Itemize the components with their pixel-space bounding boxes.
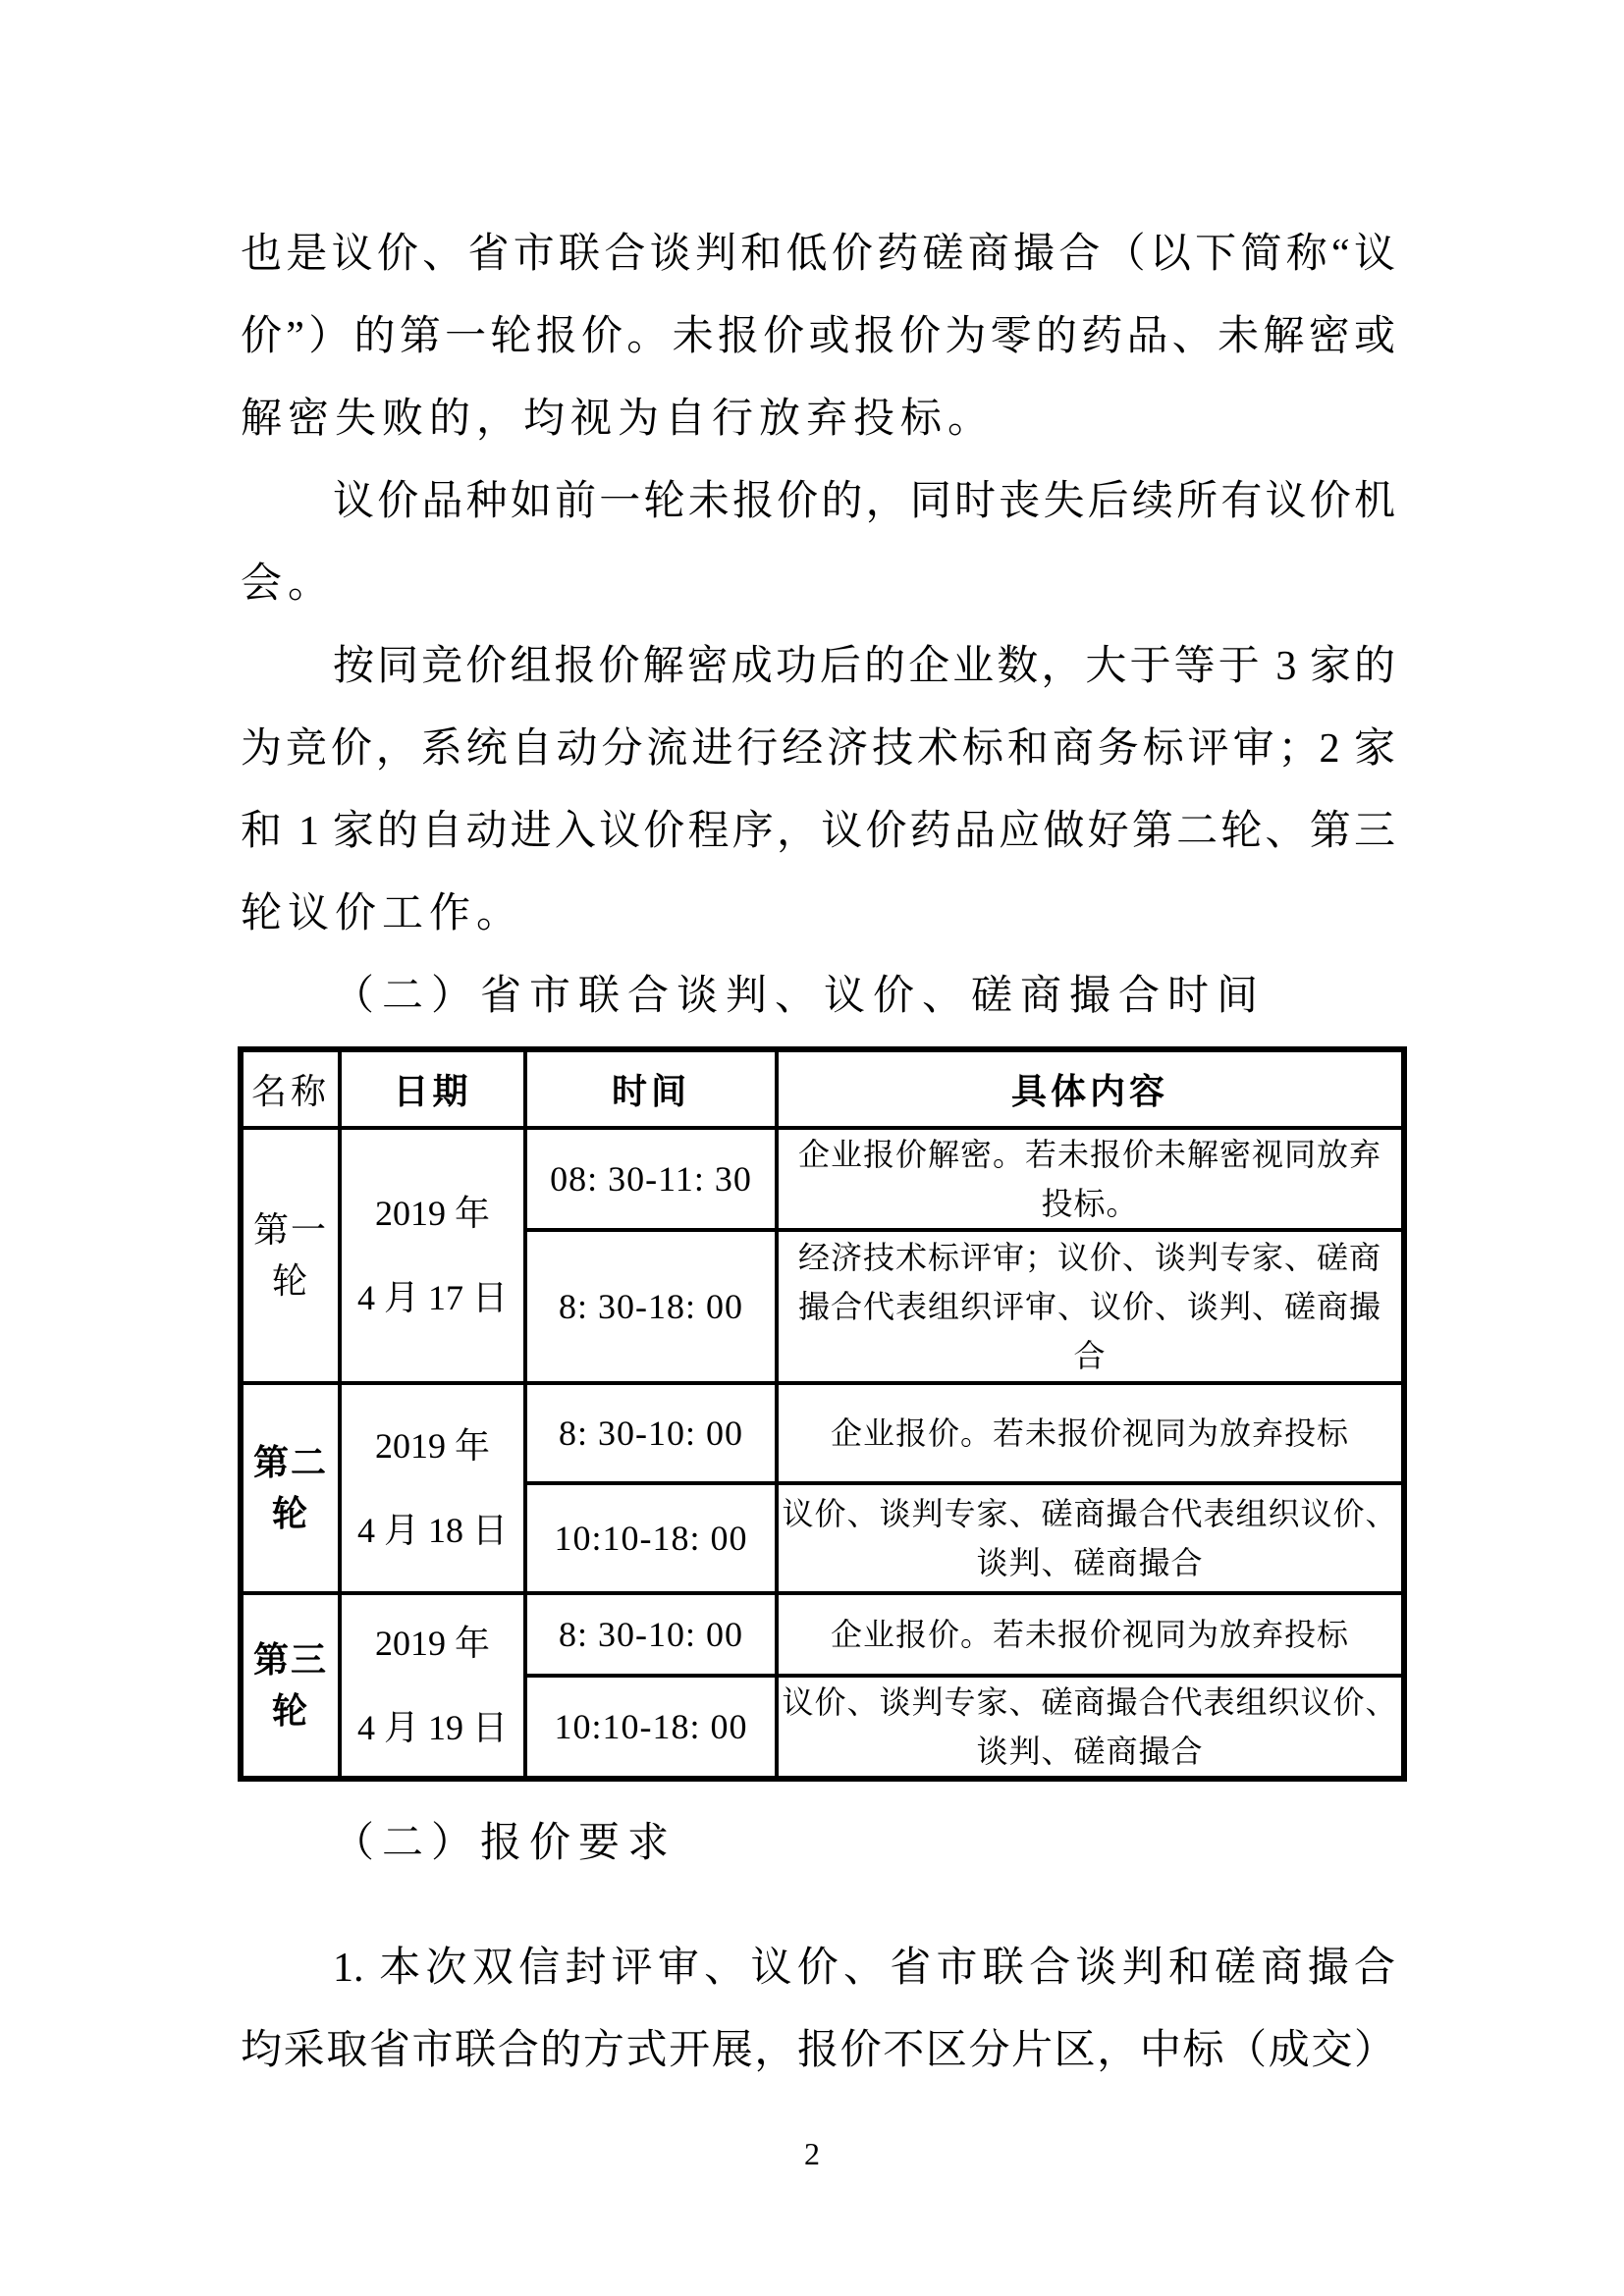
table-row-round1-slot1: 第一 轮 2019 年 4 月 17 日 08: 30-11: 30 企业报价解… — [241, 1128, 1404, 1230]
round1-slot1-content-line2: 投标。 — [779, 1179, 1401, 1228]
table-row-round3-slot1: 第三 轮 2019 年 4 月 19 日 8: 30-10: 00 企业报价。若… — [241, 1593, 1404, 1676]
table-header-row: 名称 日期 时间 具体内容 — [241, 1049, 1404, 1128]
round3-date-day: 4 月 19 日 — [342, 1685, 523, 1770]
paragraph-4-line-1: 1. 本次双信封评审、议价、省市联合谈判和磋商撮合 — [241, 1927, 1395, 2009]
round3-slot2-content: 议价、谈判专家、磋商撮合代表组织议价、 谈判、磋商撮合 — [777, 1676, 1404, 1779]
round1-name-cell: 第一 轮 — [241, 1128, 340, 1383]
paragraph-2-line-2: 会。 — [241, 543, 1395, 625]
paragraph-1-line-1: 也是议价、省市联合谈判和低价药磋商撮合（以下简称“议 — [241, 213, 1395, 295]
paragraph-3-line-4: 轮议价工作。 — [241, 873, 1395, 955]
round1-slot1-time: 08: 30-11: 30 — [525, 1128, 777, 1230]
round1-slot2-content-line2: 撮合代表组织评审、议价、谈判、磋商撮 — [779, 1282, 1401, 1331]
paragraph-1-line-2: 价”）的第一轮报价。未报价或报价为零的药品、未解密或 — [241, 295, 1395, 378]
col-header-content: 具体内容 — [777, 1049, 1404, 1128]
round2-name-cell: 第二 轮 — [241, 1383, 340, 1593]
body-text-block: 也是议价、省市联合谈判和低价药磋商撮合（以下简称“议 价”）的第一轮报价。未报价… — [241, 213, 1395, 1038]
round2-name-line1: 第二 — [244, 1437, 338, 1488]
page-number: 2 — [0, 2132, 1624, 2175]
round3-slot1-time: 8: 30-10: 00 — [525, 1593, 777, 1676]
round1-date-day: 4 月 17 日 — [342, 1255, 523, 1340]
round3-slot2-content-line1: 议价、谈判专家、磋商撮合代表组织议价、 — [779, 1678, 1401, 1727]
round3-date-year: 2019 年 — [342, 1601, 523, 1685]
round2-slot1-content: 企业报价。若未报价视同为放弃投标 — [777, 1383, 1404, 1483]
round3-name-line1: 第三 — [244, 1634, 338, 1685]
round1-slot2-content-line1: 经济技术标评审；议价、谈判专家、磋商 — [779, 1233, 1401, 1282]
round1-slot2-content: 经济技术标评审；议价、谈判专家、磋商 撮合代表组织评审、议价、谈判、磋商撮 合 — [777, 1230, 1404, 1383]
section-heading-quote-block: （二）报价要求 — [241, 1802, 1395, 1885]
round2-name-line2: 轮 — [244, 1488, 338, 1539]
col-header-name: 名称 — [241, 1049, 340, 1128]
round3-date-cell: 2019 年 4 月 19 日 — [340, 1593, 525, 1779]
round3-slot2-content-line2: 谈判、磋商撮合 — [779, 1727, 1401, 1776]
schedule-table: 名称 日期 时间 具体内容 第一 轮 2019 年 4 月 17 日 08: 3… — [238, 1046, 1407, 1782]
round2-slot1-time: 8: 30-10: 00 — [525, 1383, 777, 1483]
round3-name-cell: 第三 轮 — [241, 1593, 340, 1779]
round3-slot2-time: 10:10-18: 00 — [525, 1676, 777, 1779]
document-page: 也是议价、省市联合谈判和低价药磋商撮合（以下简称“议 价”）的第一轮报价。未报价… — [0, 0, 1624, 2296]
quote-requirements-block: 1. 本次双信封评审、议价、省市联合谈判和磋商撮合 均采取省市联合的方式开展，报… — [241, 1927, 1395, 2092]
round1-slot1-content: 企业报价解密。若未报价未解密视同放弃 投标。 — [777, 1128, 1404, 1230]
round2-slot2-content: 议价、谈判专家、磋商撮合代表组织议价、 谈判、磋商撮合 — [777, 1483, 1404, 1593]
col-header-date: 日期 — [340, 1049, 525, 1128]
paragraph-3-line-3: 和 1 家的自动进入议价程序，议价药品应做好第二轮、第三 — [241, 790, 1395, 873]
round2-date-year: 2019 年 — [342, 1404, 523, 1488]
paragraph-4-line-2: 均采取省市联合的方式开展，报价不区分片区，中标（成交） — [241, 2009, 1395, 2092]
round1-date-year: 2019 年 — [342, 1171, 523, 1255]
paragraph-1-line-3: 解密失败的，均视为自行放弃投标。 — [241, 378, 1395, 460]
round3-slot1-content-line1: 企业报价。若未报价视同为放弃投标 — [779, 1610, 1401, 1659]
round1-slot2-time: 8: 30-18: 00 — [525, 1230, 777, 1383]
round1-slot1-content-line1: 企业报价解密。若未报价未解密视同放弃 — [779, 1130, 1401, 1179]
round2-date-cell: 2019 年 4 月 18 日 — [340, 1383, 525, 1593]
round2-slot2-time: 10:10-18: 00 — [525, 1483, 777, 1593]
round3-name-line2: 轮 — [244, 1685, 338, 1736]
round1-name-line1: 第一 — [244, 1204, 338, 1255]
paragraph-3-line-2: 为竞价，系统自动分流进行经济技术标和商务标评审；2 家 — [241, 708, 1395, 790]
paragraph-2-line-1: 议价品种如前一轮未报价的，同时丧失后续所有议价机 — [241, 460, 1395, 543]
col-header-time: 时间 — [525, 1049, 777, 1128]
section-heading-quote: （二）报价要求 — [241, 1802, 1395, 1885]
round2-slot2-content-line1: 议价、谈判专家、磋商撮合代表组织议价、 — [779, 1489, 1401, 1538]
round1-date-cell: 2019 年 4 月 17 日 — [340, 1128, 525, 1383]
paragraph-3-line-1: 按同竞价组报价解密成功后的企业数，大于等于 3 家的 — [241, 625, 1395, 708]
table-row-round2-slot1: 第二 轮 2019 年 4 月 18 日 8: 30-10: 00 企业报价。若… — [241, 1383, 1404, 1483]
section-heading-schedule: （二）省市联合谈判、议价、磋商撮合时间 — [241, 955, 1395, 1038]
round1-name-line2: 轮 — [244, 1255, 338, 1307]
round2-date-day: 4 月 18 日 — [342, 1488, 523, 1573]
round3-slot1-content: 企业报价。若未报价视同为放弃投标 — [777, 1593, 1404, 1676]
round2-slot1-content-line1: 企业报价。若未报价视同为放弃投标 — [779, 1409, 1401, 1458]
round2-slot2-content-line2: 谈判、磋商撮合 — [779, 1538, 1401, 1587]
round1-slot2-content-line3: 合 — [779, 1331, 1401, 1380]
